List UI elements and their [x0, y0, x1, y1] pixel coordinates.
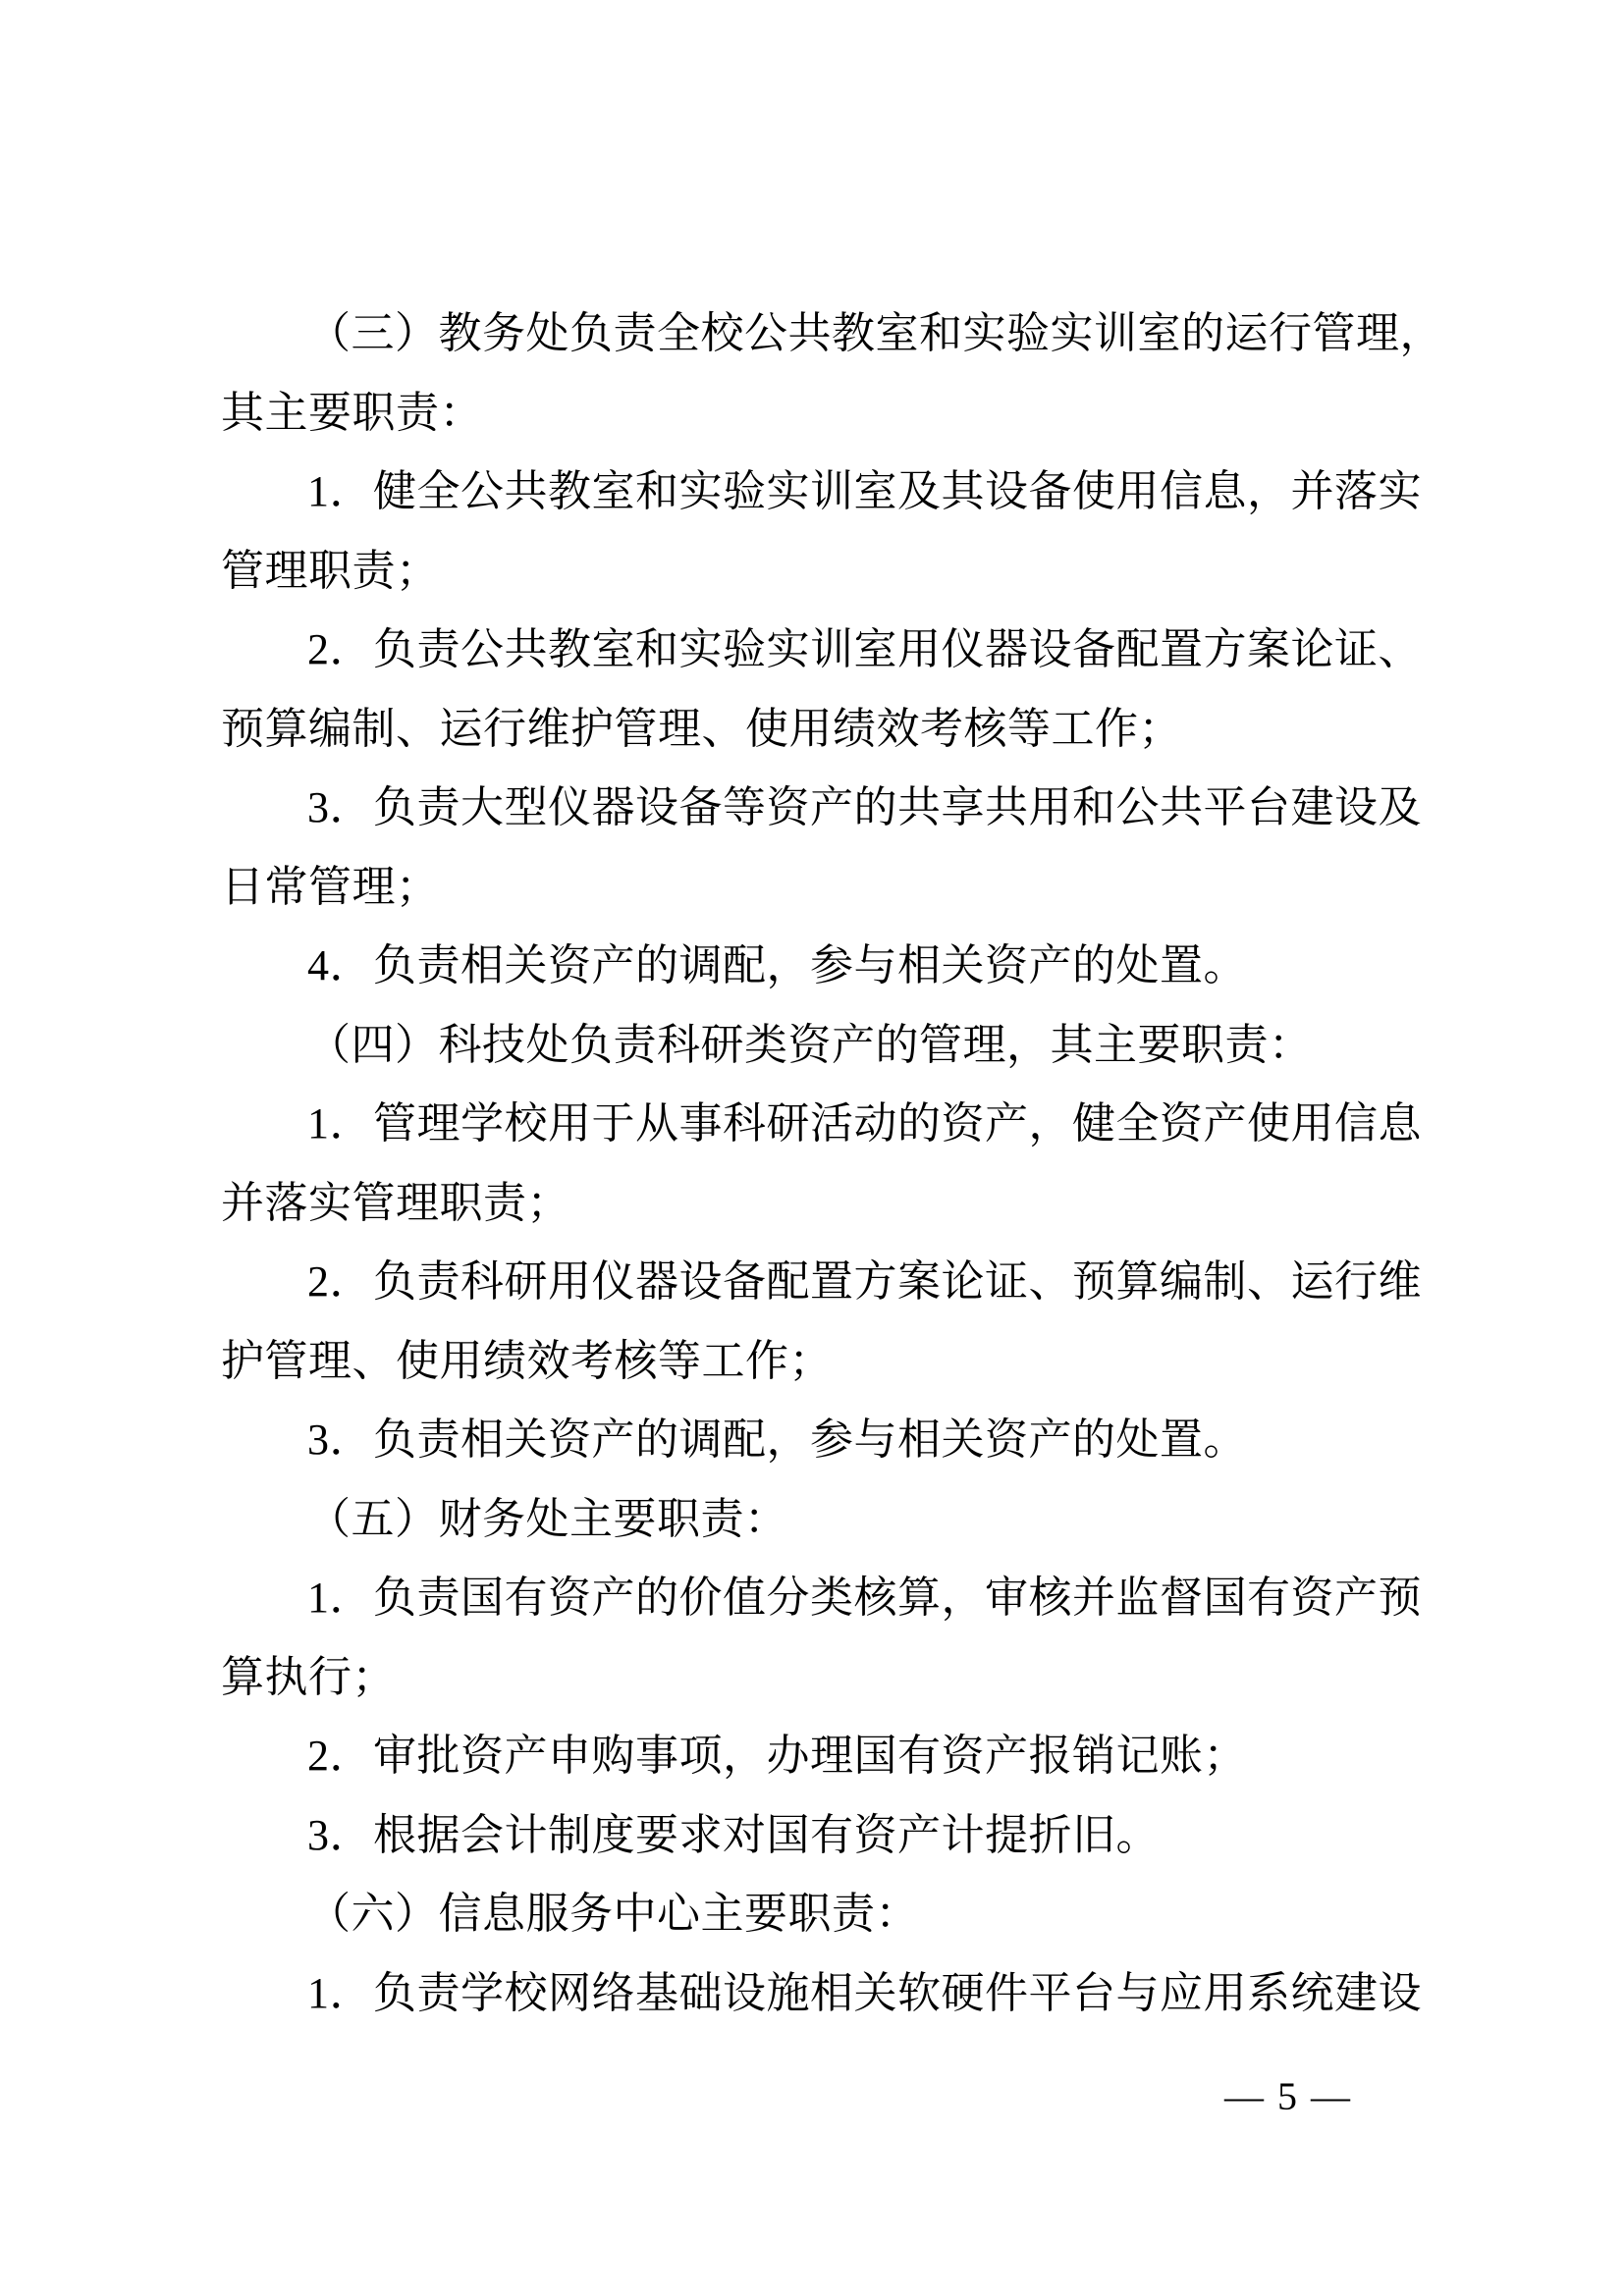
text-line: 管理职责；	[221, 532, 1438, 612]
text-line: 3．负责大型仪器设备等资产的共享共用和公共平台建设及	[221, 769, 1438, 848]
text-line: 其主要职责：	[221, 374, 1438, 454]
text-line: （四）科技处负责科研类资产的管理，其主要职责：	[221, 1006, 1438, 1086]
page-number: — 5 —	[1224, 2073, 1352, 2120]
text-line: 4．负责相关资产的调配，参与相关资产的处置。	[221, 927, 1438, 1006]
text-line: （三）教务处负责全校公共教室和实验实训室的运行管理，	[221, 294, 1438, 374]
text-line: 3．根据会计制度要求对国有资产计提折旧。	[221, 1796, 1438, 1876]
text-line: 2．负责公共教室和实验实训室用仪器设备配置方案论证、	[221, 611, 1438, 690]
text-line: 1．管理学校用于从事科研活动的资产，健全资产使用信息	[221, 1085, 1438, 1164]
document-page: （三）教务处负责全校公共教室和实验实训室的运行管理，其主要职责：1．健全公共教室…	[0, 0, 1624, 2296]
body-text: （三）教务处负责全校公共教室和实验实训室的运行管理，其主要职责：1．健全公共教室…	[221, 294, 1438, 2033]
text-line: （六）信息服务中心主要职责：	[221, 1875, 1438, 1954]
text-line: 预算编制、运行维护管理、使用绩效考核等工作；	[221, 690, 1438, 770]
text-line: 2．审批资产申购事项，办理国有资产报销记账；	[221, 1717, 1438, 1796]
text-line: 并落实管理职责；	[221, 1164, 1438, 1244]
text-line: （五）财务处主要职责：	[221, 1480, 1438, 1560]
text-line: 日常管理；	[221, 848, 1438, 928]
text-line: 护管理、使用绩效考核等工作；	[221, 1322, 1438, 1402]
text-line: 1．负责学校网络基础设施相关软硬件平台与应用系统建设	[221, 1954, 1438, 2034]
text-line: 算执行；	[221, 1638, 1438, 1718]
text-line: 1．负责国有资产的价值分类核算，审核并监督国有资产预	[221, 1559, 1438, 1638]
text-line: 2．负责科研用仪器设备配置方案论证、预算编制、运行维	[221, 1243, 1438, 1322]
text-line: 3．负责相关资产的调配，参与相关资产的处置。	[221, 1401, 1438, 1480]
text-line: 1．健全公共教室和实验实训室及其设备使用信息，并落实	[221, 453, 1438, 532]
